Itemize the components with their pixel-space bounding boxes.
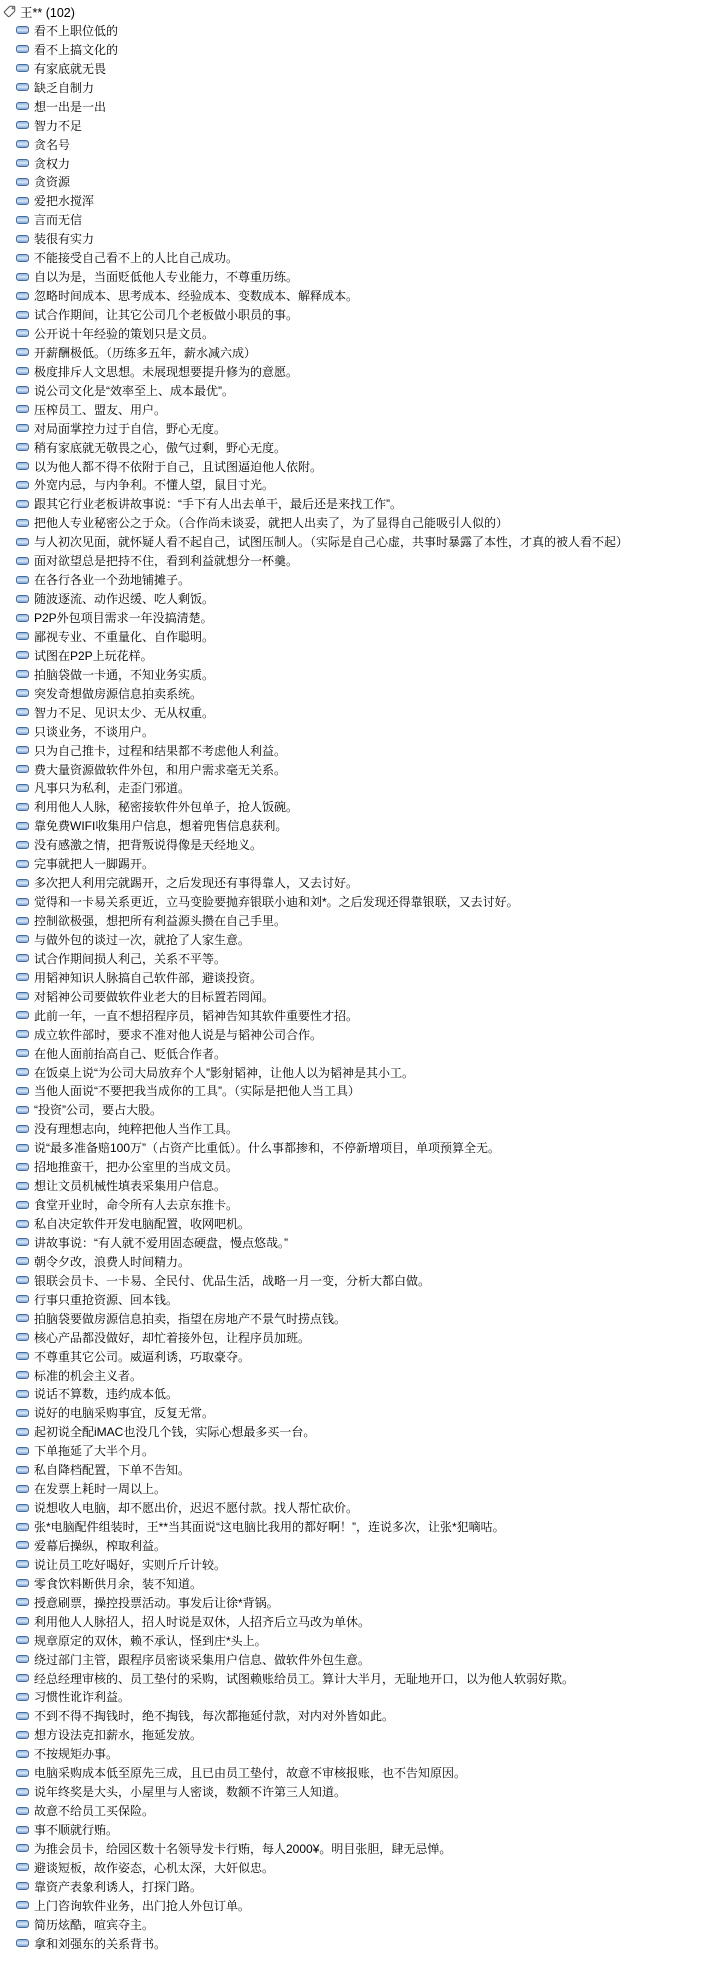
list-item[interactable]: 说“最多准备赔100万”（占资产比重低）。什么事都掺和，不停新增项目，单项预算全… xyxy=(2,1138,720,1157)
list-item[interactable]: 与人初次见面，就怀疑人看不起自己，试图压制人。（实际是自己心虚，共事时暴露了本性… xyxy=(2,532,720,551)
list-item-label: 想让文员机械性填表采集用户信息。 xyxy=(34,1177,226,1194)
list-item[interactable]: 行事只重抢资源、回本钱。 xyxy=(2,1290,720,1309)
list-item-label: 面对欲望总是把持不住，看到利益就想分一杯羹。 xyxy=(34,552,298,569)
list-item-label: 在他人面前抬高自己、贬低合作者。 xyxy=(34,1045,226,1062)
topic-node-icon xyxy=(16,1049,29,1057)
topic-node-icon xyxy=(16,1712,29,1720)
topic-node-icon xyxy=(16,311,29,319)
list-item-label: 经总经理审核的、员工垫付的采购，试图赖账给员工。算计大半月，无耻地开口，以为他人… xyxy=(34,1670,574,1687)
topic-node-icon xyxy=(16,1655,29,1663)
list-item[interactable]: 私自降档配置，下单不告知。 xyxy=(2,1460,720,1479)
list-item[interactable]: 当他人面说“不要把我当成你的工具”。（实际是把他人当工具） xyxy=(2,1082,720,1101)
list-item[interactable]: 张*电脑配件组装时，王**当其面说“这电脑比我用的都好啊！”，连说多次，让张*犯… xyxy=(2,1517,720,1536)
list-item-label: 习惯性讹诈利益。 xyxy=(34,1688,130,1705)
list-item[interactable]: 看不上职位低的 xyxy=(2,21,720,40)
list-item-label: 说好的电脑采购事宜，反复无常。 xyxy=(34,1404,214,1421)
topic-node-icon xyxy=(16,632,29,640)
list-item[interactable]: 标准的机会主义者。 xyxy=(2,1366,720,1385)
topic-node-icon xyxy=(16,519,29,527)
list-item[interactable]: 用韬神知识人脉搞自己软件部，避谈投资。 xyxy=(2,968,720,987)
topic-node-icon xyxy=(16,102,29,110)
list-item-label: 事不顺就行贿。 xyxy=(34,1821,118,1838)
list-item[interactable]: 外宽内忌，与内争利。不懂人望，鼠目寸光。 xyxy=(2,476,720,495)
list-item[interactable]: 只为自己推卡，过程和结果都不考虑他人利益。 xyxy=(2,741,720,760)
topic-node-icon xyxy=(16,1901,29,1909)
list-item-label: 没有感激之情，把背叛说得像是天经地义。 xyxy=(34,836,262,853)
list-item-label: 绕过部门主管，跟程序员密谈采集用户信息、做软件外包生意。 xyxy=(34,1651,370,1668)
topic-node-icon xyxy=(16,1011,29,1019)
list-item-label: 授意刷票，操控投票活动。事发后让徐*背锅。 xyxy=(34,1594,279,1611)
topic-node-icon xyxy=(16,1390,29,1398)
list-item-label: 自以为是，当面贬低他人专业能力，不尊重历练。 xyxy=(34,268,298,285)
list-item-label: 压榨员工、盟友、用户。 xyxy=(34,401,166,418)
list-item-label: 没有理想志向，纯粹把他人当作工具。 xyxy=(34,1120,238,1137)
list-item-label: 忽略时间成本、思考成本、经验成本、变数成本、解释成本。 xyxy=(34,287,358,304)
list-item-label: 看不上职位低的 xyxy=(34,22,118,39)
topic-node-icon xyxy=(16,973,29,981)
topic-node-icon xyxy=(16,1636,29,1644)
list-item[interactable]: 智力不足 xyxy=(2,116,720,135)
list-item-label: 觉得和一卡易关系更近，立马变脸要抛弃银联小迪和刘*。之后发现还得靠银联，又去讨好… xyxy=(34,893,519,910)
list-item[interactable]: 对局面掌控力过于自信，野心无度。 xyxy=(2,419,720,438)
list-item[interactable]: 开薪酬极低。（历练多五年，薪水减六成） xyxy=(2,343,720,362)
list-item[interactable]: “投资”公司，要占大股。 xyxy=(2,1100,720,1119)
list-item-label: 想方设法克扣薪水，拖延发放。 xyxy=(34,1726,202,1743)
list-item[interactable]: 极度排斥人文思想。未展现想要提升修为的意愿。 xyxy=(2,362,720,381)
topic-node-icon xyxy=(16,1409,29,1417)
topic-node-icon xyxy=(16,1788,29,1796)
list-item-label: 靠资产表象利诱人，打探门路。 xyxy=(34,1878,202,1895)
list-item[interactable]: 公开说十年经验的策划只是文员。 xyxy=(2,324,720,343)
topic-node-icon xyxy=(16,443,29,451)
list-item[interactable]: 不尊重其它公司。威逼利诱，巧取豪夺。 xyxy=(2,1347,720,1366)
list-item-label: 简历炫酷，喧宾夺主。 xyxy=(34,1916,154,1933)
topic-node-icon xyxy=(16,1201,29,1209)
list-item[interactable]: 说好的电脑采购事宜，反复无常。 xyxy=(2,1403,720,1422)
list-item[interactable]: 不到不得不掏钱时，绝不掏钱，每次都拖延付款，对内对外皆如此。 xyxy=(2,1706,720,1725)
topic-node-icon xyxy=(16,462,29,470)
topic-node-icon xyxy=(16,1314,29,1322)
list-item[interactable]: 经总经理审核的、员工垫付的采购，试图赖账给员工。算计大半月，无耻地开口，以为他人… xyxy=(2,1669,720,1688)
list-item-label: 试图在P2P上玩花样。 xyxy=(34,647,153,664)
list-item-label: 缺乏自制力 xyxy=(34,79,94,96)
list-item[interactable]: 贪权力 xyxy=(2,154,720,173)
list-item-label: 爱幕后操纵，榨取利益。 xyxy=(34,1537,166,1554)
topic-node-icon xyxy=(16,1504,29,1512)
list-item-label: 拿和刘强东的关系背书。 xyxy=(34,1935,166,1952)
list-item-label: 看不上搞文化的 xyxy=(34,41,118,58)
list-item[interactable]: 靠资产表象利诱人，打探门路。 xyxy=(2,1877,720,1896)
list-item-label: 装很有实力 xyxy=(34,230,94,247)
list-item-label: 规章原定的双休，赖不承认，怪到庄*头上。 xyxy=(34,1632,267,1649)
list-item[interactable]: 此前一年，一直不想招程序员，韬神告知其软件重要性才招。 xyxy=(2,1006,720,1025)
list-item[interactable]: 鄙视专业、不重量化、自作聪明。 xyxy=(2,627,720,646)
list-item[interactable]: 讲故事说：“有人就不爱用固态硬盘，慢点悠哉。” xyxy=(2,1233,720,1252)
topic-node-icon xyxy=(16,1466,29,1474)
list-item-label: 与人初次见面，就怀疑人看不起自己，试图压制人。（实际是自己心虚，共事时暴露了本性… xyxy=(34,533,628,550)
list-item[interactable]: 上门咨询软件业务，出门抢人外包订单。 xyxy=(2,1896,720,1915)
topic-node-icon xyxy=(16,500,29,508)
topic-node-icon xyxy=(16,1087,29,1095)
list-item-label: 凡事只为私利，走歪门邪道。 xyxy=(34,779,190,796)
topic-node-icon xyxy=(16,140,29,148)
list-item-label: 公开说十年经验的策划只是文员。 xyxy=(34,325,214,342)
list-item[interactable]: 在发票上耗时一周以上。 xyxy=(2,1479,720,1498)
topic-node-icon xyxy=(16,917,29,925)
list-item-label: 鄙视专业、不重量化、自作聪明。 xyxy=(34,628,214,645)
list-item-label: 说想收人电脑，却不愿出价，迟迟不愿付款。找人帮忙砍价。 xyxy=(34,1499,358,1516)
topic-node-icon xyxy=(16,1674,29,1682)
list-item[interactable]: 拍脑袋要做房源信息拍卖，指望在房地产不景气时捞点钱。 xyxy=(2,1309,720,1328)
list-item-label: 招地推蛮干，把办公室里的当成文员。 xyxy=(34,1158,238,1175)
list-item[interactable]: 忽略时间成本、思考成本、经验成本、变数成本、解释成本。 xyxy=(2,286,720,305)
topic-node-icon xyxy=(16,1238,29,1246)
list-item-label: 私自降档配置，下单不告知。 xyxy=(34,1461,190,1478)
list-item[interactable]: 靠免费WIFI收集用户信息，想着兜售信息获利。 xyxy=(2,816,720,835)
topic-node-icon xyxy=(16,1220,29,1228)
topic-node-icon xyxy=(16,1826,29,1834)
list-item[interactable]: 绕过部门主管，跟程序员密谈采集用户信息、做软件外包生意。 xyxy=(2,1650,720,1669)
topic-node-icon xyxy=(16,121,29,129)
list-item[interactable]: 在饭桌上说“为公司大局放弃个人”影射韬神，让他人以为韬神是其小工。 xyxy=(2,1063,720,1082)
list-item-label: 利用他人人脉，秘密接软件外包单子，抢人饭碗。 xyxy=(34,798,298,815)
topic-node-icon xyxy=(16,538,29,546)
list-item-label: 贪资源 xyxy=(34,173,70,190)
topic-node-icon xyxy=(16,898,29,906)
topic-node-icon xyxy=(16,83,29,91)
list-item-label: 下单拖延了大半个月。 xyxy=(34,1442,154,1459)
list-item-label: 用韬神知识人脉搞自己软件部，避谈投资。 xyxy=(34,969,262,986)
list-item-label: 银联会员卡、一卡易、全民付、优品生活，战略一月一变，分析大都白做。 xyxy=(34,1272,430,1289)
list-item-label: 极度排斥人文思想。未展现想要提升修为的意愿。 xyxy=(34,363,298,380)
topic-node-icon xyxy=(16,159,29,167)
topic-node-icon xyxy=(16,254,29,262)
list-item[interactable]: 拍脑袋做一卡通，不知业务实质。 xyxy=(2,665,720,684)
topic-node-icon xyxy=(16,614,29,622)
list-item[interactable]: 私自决定软件开发电脑配置，收网吧机。 xyxy=(2,1214,720,1233)
topic-node-icon xyxy=(16,879,29,887)
list-item-label: 私自决定软件开发电脑配置，收网吧机。 xyxy=(34,1215,250,1232)
list-item-label: 利用他人人脉招人，招人时说是双休，人招齐后立马改为单休。 xyxy=(34,1613,370,1630)
list-item[interactable]: 觉得和一卡易关系更近，立马变脸要抛弃银联小迪和刘*。之后发现还得靠银联，又去讨好… xyxy=(2,892,720,911)
list-item-label: 上门咨询软件业务，出门抢人外包订单。 xyxy=(34,1897,250,1914)
topic-node-icon xyxy=(16,329,29,337)
list-item[interactable]: 贪资源 xyxy=(2,173,720,192)
list-item[interactable]: 利用他人人脉，秘密接软件外包单子，抢人饭碗。 xyxy=(2,797,720,816)
list-item[interactable]: 招地推蛮干，把办公室里的当成文员。 xyxy=(2,1157,720,1176)
list-item[interactable]: 装很有实力 xyxy=(2,229,720,248)
list-item[interactable]: 故意不给员工买保险。 xyxy=(2,1801,720,1820)
list-item-label: 费大量资源做软件外包，和用户需求毫无关系。 xyxy=(34,761,286,778)
list-item-label: 朝令夕改，浪费人时间精力。 xyxy=(34,1253,190,1270)
list-item[interactable]: 跟其它行业老板讲故事说：“手下有人出去单干，最后还是来找工作”。 xyxy=(2,494,720,513)
list-item[interactable]: 朝令夕改，浪费人时间精力。 xyxy=(2,1252,720,1271)
topic-node-icon xyxy=(16,841,29,849)
list-item[interactable]: 成立软件部时，要求不准对他人说是与韬神公司合作。 xyxy=(2,1025,720,1044)
topic-node-icon xyxy=(16,1371,29,1379)
list-item[interactable]: 试合作期间损人利己，关系不平等。 xyxy=(2,949,720,968)
list-item-label: 说话不算数，违约成本低。 xyxy=(34,1385,178,1402)
list-item-label: 稍有家底就无敬畏之心，傲气过剩，野心无度。 xyxy=(34,439,286,456)
list-item[interactable]: 说话不算数，违约成本低。 xyxy=(2,1385,720,1404)
outline-tree: 王** (102) 看不上职位低的 看不上搞文化的 有家底就无畏 缺乏自制力 想… xyxy=(0,0,720,1953)
list-item[interactable]: 下单拖延了大半个月。 xyxy=(2,1441,720,1460)
topic-node-icon xyxy=(16,651,29,659)
topic-node-icon xyxy=(16,216,29,224)
list-item-label: 拍脑袋做一卡通，不知业务实质。 xyxy=(34,666,214,683)
list-item[interactable]: 以为他人都不得不依附于自己，且试图逼迫他人依附。 xyxy=(2,457,720,476)
list-item-label: 在发票上耗时一周以上。 xyxy=(34,1480,166,1497)
list-item-label: 突发奇想做房源信息拍卖系统。 xyxy=(34,685,202,702)
topic-node-icon xyxy=(16,822,29,830)
list-item-label: 靠免费WIFI收集用户信息，想着兜售信息获利。 xyxy=(34,817,287,834)
list-item[interactable]: 说公司文化是“效率至上、成本最优”。 xyxy=(2,381,720,400)
list-item-label: 说公司文化是“效率至上、成本最优”。 xyxy=(34,382,234,399)
topic-node-icon xyxy=(16,235,29,243)
list-item-label: 试合作期间，让其它公司几个老板做小职员的事。 xyxy=(34,306,298,323)
list-item-label: 有家底就无畏 xyxy=(34,60,106,77)
list-item[interactable]: 控制欲极强，想把所有利益源头攒在自己手里。 xyxy=(2,911,720,930)
list-item[interactable]: 不能接受自己看不上的人比自己成功。 xyxy=(2,248,720,267)
topic-node-icon xyxy=(16,1579,29,1587)
topic-node-icon xyxy=(16,292,29,300)
list-item-label: 贪名号 xyxy=(34,136,70,153)
topic-node-icon xyxy=(16,1541,29,1549)
topic-node-icon xyxy=(16,1352,29,1360)
list-item[interactable]: 有家底就无畏 xyxy=(2,59,720,78)
topic-node-icon xyxy=(16,197,29,205)
topic-node-icon xyxy=(16,1598,29,1606)
list-item[interactable]: 银联会员卡、一卡易、全民付、优品生活，战略一月一变，分析大都白做。 xyxy=(2,1271,720,1290)
list-item-label: 多次把人利用完就踢开，之后发现还有事得靠人，又去讨好。 xyxy=(34,874,358,891)
topic-node-icon xyxy=(16,1295,29,1303)
topic-node-icon xyxy=(16,481,29,489)
list-item[interactable]: 突发奇想做房源信息拍卖系统。 xyxy=(2,684,720,703)
list-item[interactable]: 说年终奖是大头，小屋里与人密谈，数额不许第三人知道。 xyxy=(2,1782,720,1801)
topic-node-icon xyxy=(16,1068,29,1076)
list-item-label: 说“最多准备赔100万”（占资产比重低）。什么事都掺和，不停新增项目，单项预算全… xyxy=(34,1139,500,1156)
list-item[interactable]: 看不上搞文化的 xyxy=(2,40,720,59)
list-item-label: 成立软件部时，要求不准对他人说是与韬神公司合作。 xyxy=(34,1026,322,1043)
list-item[interactable]: 智力不足、见识太少、无从权重。 xyxy=(2,703,720,722)
topic-node-icon xyxy=(16,386,29,394)
topic-node-icon xyxy=(16,935,29,943)
list-item[interactable]: 多次把人利用完就踢开，之后发现还有事得靠人，又去讨好。 xyxy=(2,873,720,892)
topic-node-icon xyxy=(16,1182,29,1190)
topic-node-icon xyxy=(16,1447,29,1455)
list-item[interactable]: 为推会员卡，给园区数十名领导发卡行贿，每人2000¥。明目张胆，肆无忌惮。 xyxy=(2,1839,720,1858)
list-item[interactable]: 把他人专业秘密公之于众。（合作尚未谈妥，就把人出卖了，为了显得自己能吸引人似的） xyxy=(2,513,720,532)
list-item-label: 完事就把人一脚踢开。 xyxy=(34,855,154,872)
item-list: 看不上职位低的 看不上搞文化的 有家底就无畏 缺乏自制力 想一出是一出 智力不足… xyxy=(2,21,720,1953)
list-item-label: 电脑采购成本低至原先三成，且已由员工垫付，故意不审核报账，也不告知原因。 xyxy=(34,1764,466,1781)
topic-node-icon xyxy=(16,708,29,716)
topic-node-icon xyxy=(16,367,29,375)
list-item-label: 说年终奖是大头，小屋里与人密谈，数额不许第三人知道。 xyxy=(34,1783,346,1800)
list-item[interactable]: 完事就把人一脚踢开。 xyxy=(2,854,720,873)
topic-node-icon xyxy=(16,1920,29,1928)
topic-node-icon xyxy=(16,689,29,697)
list-item[interactable]: 缺乏自制力 xyxy=(2,78,720,97)
list-item[interactable]: 试图在P2P上玩花样。 xyxy=(2,646,720,665)
topic-node-icon xyxy=(16,45,29,53)
topic-node-icon xyxy=(16,424,29,432)
group-title: 王** (102) xyxy=(20,3,75,21)
list-item-label: 此前一年，一直不想招程序员，韬神告知其软件重要性才招。 xyxy=(34,1007,358,1024)
list-item[interactable]: 面对欲望总是把持不住，看到利益就想分一杯羹。 xyxy=(2,551,720,570)
list-item-label: 起初说全配iMAC也没几个钱，实际心想最多买一台。 xyxy=(34,1423,315,1440)
list-item[interactable]: 想让文员机械性填表采集用户信息。 xyxy=(2,1176,720,1195)
list-item[interactable]: 贪名号 xyxy=(2,135,720,154)
list-item[interactable]: 没有感激之情，把背叛说得像是天经地义。 xyxy=(2,835,720,854)
list-item-label: 标准的机会主义者。 xyxy=(34,1367,142,1384)
topic-node-icon xyxy=(16,1863,29,1871)
list-item-label: 试合作期间损人利己，关系不平等。 xyxy=(34,950,226,967)
topic-node-icon xyxy=(16,992,29,1000)
list-item[interactable]: 利用他人人脉招人，招人时说是双休，人招齐后立马改为单休。 xyxy=(2,1612,720,1631)
list-item-label: 讲故事说：“有人就不爱用固态硬盘，慢点悠哉。” xyxy=(34,1234,288,1251)
topic-node-icon xyxy=(16,860,29,868)
group-header[interactable]: 王** (102) xyxy=(2,2,720,21)
topic-node-icon xyxy=(16,64,29,72)
list-item[interactable]: 爱把水搅浑 xyxy=(2,191,720,210)
list-item[interactable]: 只谈业务，不谈用户。 xyxy=(2,722,720,741)
topic-node-icon xyxy=(16,1333,29,1341)
list-item-label: 在各行各业一个劲地铺摊子。 xyxy=(34,571,190,588)
list-item[interactable]: 简历炫酷，喧宾夺主。 xyxy=(2,1915,720,1934)
list-item[interactable]: 试合作期间，让其它公司几个老板做小职员的事。 xyxy=(2,305,720,324)
list-item[interactable]: 起初说全配iMAC也没几个钱，实际心想最多买一台。 xyxy=(2,1422,720,1441)
topic-node-icon xyxy=(16,803,29,811)
list-item[interactable]: 说想收人电脑，却不愿出价，迟迟不愿付款。找人帮忙砍价。 xyxy=(2,1498,720,1517)
list-item[interactable]: P2P外包项目需求一年没搞清楚。 xyxy=(2,608,720,627)
list-item[interactable]: 规章原定的双休，赖不承认，怪到庄*头上。 xyxy=(2,1631,720,1650)
list-item-label: 故意不给员工买保险。 xyxy=(34,1802,154,1819)
list-item[interactable]: 费大量资源做软件外包，和用户需求毫无关系。 xyxy=(2,760,720,779)
list-item-label: 说让员工吃好喝好，实则斤斤计较。 xyxy=(34,1556,226,1573)
list-item-label: 随波逐流、动作迟缓、吃人剩饭。 xyxy=(34,590,214,607)
list-item-label: 开薪酬极低。（历练多五年，薪水减六成） xyxy=(34,344,256,361)
topic-node-icon xyxy=(16,670,29,678)
list-item-label: 言而无信 xyxy=(34,211,82,228)
list-item[interactable]: 凡事只为私利，走歪门邪道。 xyxy=(2,779,720,798)
topic-node-icon xyxy=(16,1428,29,1436)
list-item-label: 张*电脑配件组装时，王**当其面说“这电脑比我用的都好啊！”，连说多次，让张*犯… xyxy=(34,1518,505,1535)
list-item[interactable]: 说让员工吃好喝好，实则斤斤计较。 xyxy=(2,1555,720,1574)
list-item-label: 想一出是一出 xyxy=(34,98,106,115)
list-item[interactable]: 避谈短板，故作姿态，心机太深，大奸似忠。 xyxy=(2,1858,720,1877)
topic-node-icon xyxy=(16,1523,29,1531)
topic-node-icon xyxy=(16,1106,29,1114)
list-item-label: 外宽内忌，与内争利。不懂人望，鼠目寸光。 xyxy=(34,476,274,493)
list-item-label: 拍脑袋要做房源信息拍卖，指望在房地产不景气时捞点钱。 xyxy=(34,1310,346,1327)
topic-node-icon xyxy=(16,1163,29,1171)
list-item-label: 贪权力 xyxy=(34,155,70,172)
topic-node-icon xyxy=(16,1939,29,1947)
list-item[interactable]: 爱幕后操纵，榨取利益。 xyxy=(2,1536,720,1555)
topic-node-icon xyxy=(16,1807,29,1815)
list-item[interactable]: 食堂开业时，命令所有人去京东推卡。 xyxy=(2,1195,720,1214)
list-item[interactable]: 与做外包的谈过一次，就抢了人家生意。 xyxy=(2,930,720,949)
list-item-label: P2P外包项目需求一年没搞清楚。 xyxy=(34,609,213,626)
list-item[interactable]: 核心产品都没做好，却忙着接外包，让程序员加班。 xyxy=(2,1328,720,1347)
tag-icon xyxy=(3,5,16,18)
list-item[interactable]: 习惯性讹诈利益。 xyxy=(2,1688,720,1707)
topic-node-icon xyxy=(16,26,29,34)
list-item-label: 以为他人都不得不依附于自己，且试图逼迫他人依附。 xyxy=(34,458,322,475)
list-item[interactable]: 对韬神公司要做软件业老大的目标置若罔闻。 xyxy=(2,987,720,1006)
list-item-label: 为推会员卡，给园区数十名领导发卡行贿，每人2000¥。明目张胆，肆无忌惮。 xyxy=(34,1840,451,1857)
list-item[interactable]: 言而无信 xyxy=(2,210,720,229)
topic-node-icon xyxy=(16,1731,29,1739)
list-item[interactable]: 自以为是，当面贬低他人专业能力，不尊重历练。 xyxy=(2,267,720,286)
topic-node-icon xyxy=(16,727,29,735)
topic-node-icon xyxy=(16,1144,29,1152)
topic-node-icon xyxy=(16,765,29,773)
topic-node-icon xyxy=(16,1750,29,1758)
list-item[interactable]: 想一出是一出 xyxy=(2,97,720,116)
topic-node-icon xyxy=(16,1769,29,1777)
topic-node-icon xyxy=(16,784,29,792)
topic-node-icon xyxy=(16,954,29,962)
topic-node-icon xyxy=(16,273,29,281)
topic-node-icon xyxy=(16,595,29,603)
list-item-label: 食堂开业时，命令所有人去京东推卡。 xyxy=(34,1196,238,1213)
topic-node-icon xyxy=(16,348,29,356)
topic-node-icon xyxy=(16,576,29,584)
list-item-label: 不尊重其它公司。威逼利诱，巧取豪夺。 xyxy=(34,1348,250,1365)
topic-node-icon xyxy=(16,1125,29,1133)
list-item-label: 在饭桌上说“为公司大局放弃个人”影射韬神，让他人以为韬神是其小工。 xyxy=(34,1064,414,1081)
list-item-label: 把他人专业秘密公之于众。（合作尚未谈妥，就把人出卖了，为了显得自己能吸引人似的） xyxy=(34,514,508,531)
list-item[interactable]: 在各行各业一个劲地铺摊子。 xyxy=(2,570,720,589)
list-item-label: 不到不得不掏钱时，绝不掏钱，每次都拖延付款，对内对外皆如此。 xyxy=(34,1707,394,1724)
topic-node-icon xyxy=(16,1617,29,1625)
list-item-label: “投资”公司，要占大股。 xyxy=(34,1101,162,1118)
topic-node-icon xyxy=(16,1882,29,1890)
list-item-label: 避谈短板，故作姿态，心机太深，大奸似忠。 xyxy=(34,1859,274,1876)
list-item[interactable]: 授意刷票，操控投票活动。事发后让徐*背锅。 xyxy=(2,1593,720,1612)
list-item-label: 行事只重抢资源、回本钱。 xyxy=(34,1291,178,1308)
list-item[interactable]: 在他人面前抬高自己、贬低合作者。 xyxy=(2,1044,720,1063)
list-item-label: 对局面掌控力过于自信，野心无度。 xyxy=(34,420,226,437)
topic-node-icon xyxy=(16,1693,29,1701)
list-item-label: 当他人面说“不要把我当成你的工具”。（实际是把他人当工具） xyxy=(34,1082,360,1099)
list-item[interactable]: 不按规矩办事。 xyxy=(2,1744,720,1763)
list-item-label: 不按规矩办事。 xyxy=(34,1745,118,1762)
list-item-label: 智力不足、见识太少、无从权重。 xyxy=(34,704,214,721)
topic-node-icon xyxy=(16,1030,29,1038)
topic-node-icon xyxy=(16,1844,29,1852)
list-item[interactable]: 电脑采购成本低至原先三成，且已由员工垫付，故意不审核报账，也不告知原因。 xyxy=(2,1763,720,1782)
list-item-label: 核心产品都没做好，却忙着接外包，让程序员加班。 xyxy=(34,1329,310,1346)
list-item[interactable]: 压榨员工、盟友、用户。 xyxy=(2,400,720,419)
list-item-label: 不能接受自己看不上的人比自己成功。 xyxy=(34,249,238,266)
list-item[interactable]: 随波逐流、动作迟缓、吃人剩饭。 xyxy=(2,589,720,608)
topic-node-icon xyxy=(16,1560,29,1568)
list-item-label: 零食饮料断供月余，装不知道。 xyxy=(34,1575,202,1592)
list-item[interactable]: 没有理想志向，纯粹把他人当作工具。 xyxy=(2,1119,720,1138)
list-item[interactable]: 零食饮料断供月余，装不知道。 xyxy=(2,1574,720,1593)
list-item[interactable]: 稍有家底就无敬畏之心，傲气过剩，野心无度。 xyxy=(2,438,720,457)
list-item[interactable]: 事不顺就行贿。 xyxy=(2,1820,720,1839)
list-item-label: 跟其它行业老板讲故事说：“手下有人出去单干，最后还是来找工作”。 xyxy=(34,495,402,512)
list-item[interactable]: 拿和刘强东的关系背书。 xyxy=(2,1934,720,1953)
topic-node-icon xyxy=(16,1257,29,1265)
topic-node-icon xyxy=(16,405,29,413)
list-item[interactable]: 想方设法克扣薪水，拖延发放。 xyxy=(2,1725,720,1744)
list-item-label: 对韬神公司要做软件业老大的目标置若罔闻。 xyxy=(34,988,274,1005)
